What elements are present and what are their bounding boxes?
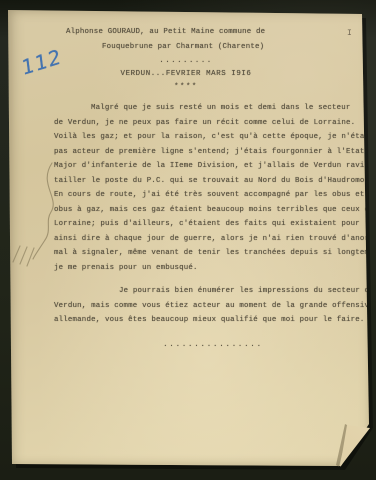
- page-number: I: [347, 29, 352, 38]
- document-page: Alphonse GOURAUD, au Petit Maine commune…: [6, 8, 372, 468]
- typewritten-line: allemande, vous êtes beaucoup mieux qual…: [54, 313, 372, 328]
- header-address-line-1: Alphonse GOURAUD, au Petit Maine commune…: [66, 25, 265, 40]
- typewritten-line: Je pourrais bien énumérer les impression…: [54, 284, 372, 299]
- body-paragraph-1: Malgré que je suis resté un mois et demi…: [54, 101, 372, 275]
- typewritten-line: Verdun, mais comme vous étiez acteur au …: [54, 299, 372, 314]
- separator-dots-bottom: ................: [54, 338, 372, 353]
- typewritten-line: mal à signaler, même venant de tenir les…: [54, 246, 372, 261]
- typewritten-line: ainsi dire à chaque jour de guerre, alor…: [54, 232, 372, 247]
- typewritten-line: tailler le poste du P.C. qui se trouvait…: [54, 174, 372, 189]
- separator-asterisks: ****: [54, 80, 318, 95]
- typewritten-line: Malgré que je suis resté un mois et demi…: [54, 101, 372, 116]
- body-paragraph-2: Je pourrais bien énumérer les impression…: [54, 284, 372, 328]
- typewritten-line: pas acteur de première ligne s'entend; j…: [54, 145, 372, 160]
- header-address-line-2: Fouquebrune par Charmant (Charente): [102, 40, 265, 55]
- typewritten-line: En cours de route, j'ai été très souvent…: [54, 188, 372, 203]
- document-header: Alphonse GOURAUD, au Petit Maine commune…: [66, 25, 265, 54]
- typewritten-line: obus à gaz, mais ces gaz étaient beaucou…: [54, 203, 372, 218]
- typewritten-line: Major d'infanterie de la IIeme Division,…: [54, 159, 372, 174]
- typewritten-line: Voilà les gaz; et pour la raison, c'est …: [54, 130, 372, 145]
- photo-background: Alphonse GOURAUD, au Petit Maine commune…: [0, 0, 376, 480]
- typewritten-line: de Verdun, je ne peux pas faire un récit…: [54, 116, 372, 131]
- typewritten-line: Lorraine; puis d'ailleurs, c'étaient des…: [54, 217, 372, 232]
- typewritten-line: je me prenais pour un embusqué.: [54, 261, 372, 276]
